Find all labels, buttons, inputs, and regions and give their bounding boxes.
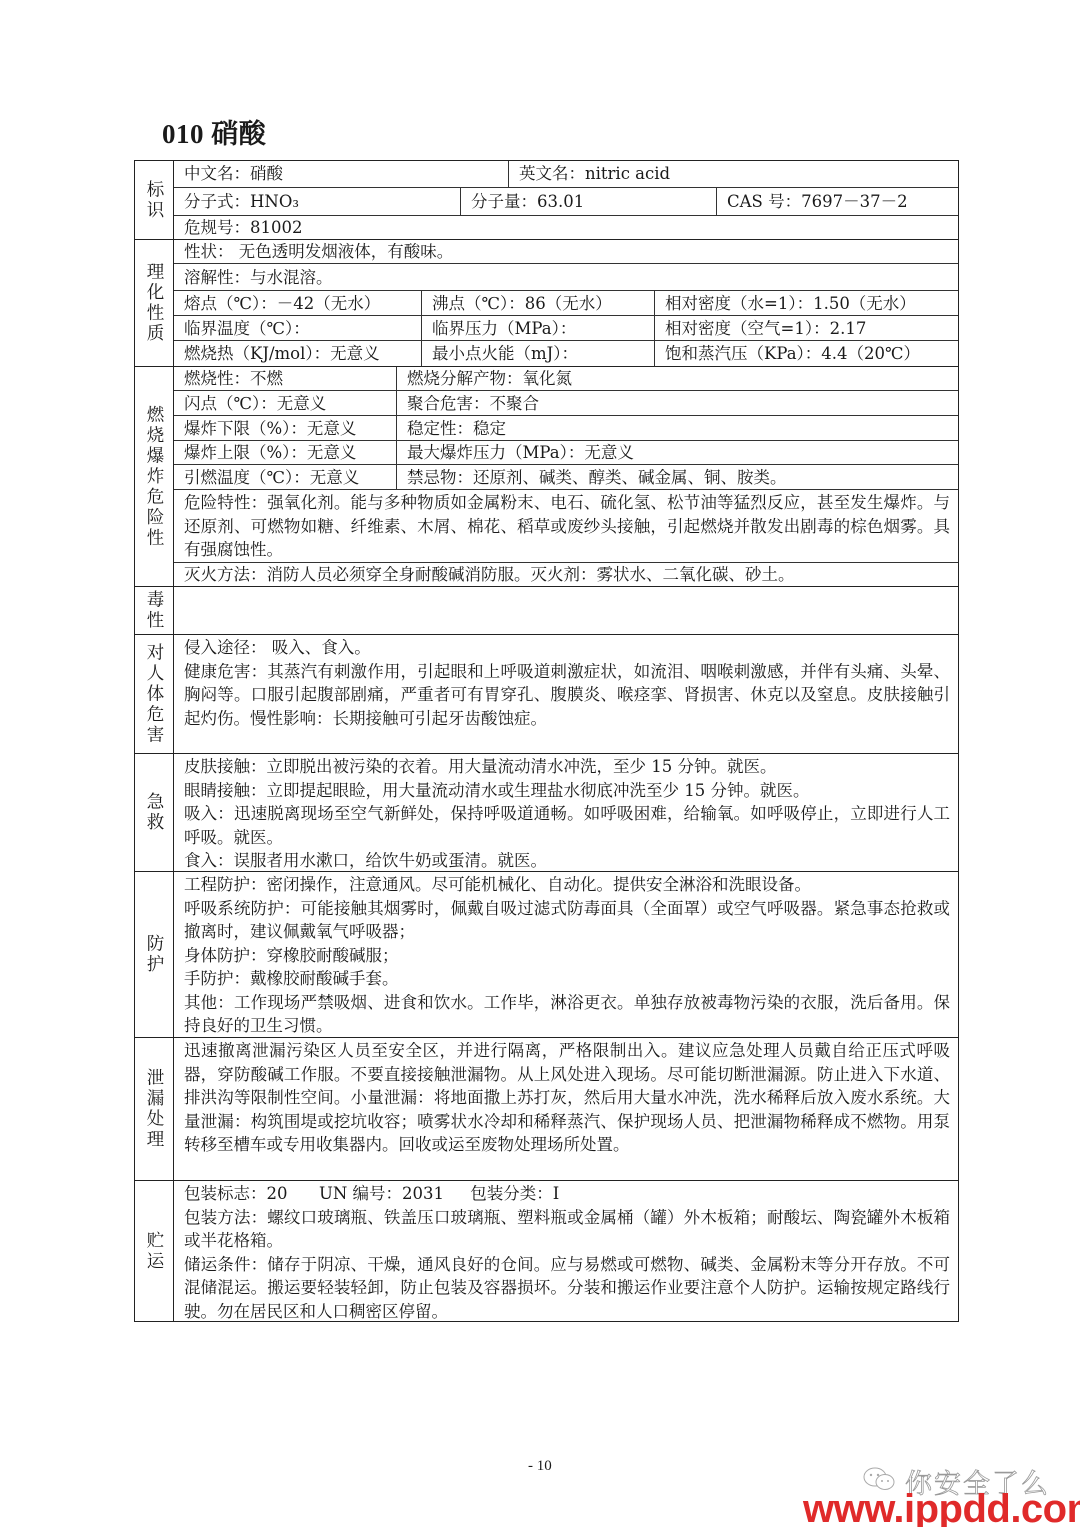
respiratory-protection: 呼吸系统防护：可能接触其烟雾时，佩戴自吸过滤式防毒面具（全面罩）或空气呼吸器。紧… bbox=[184, 897, 950, 944]
stability: 稳定性：稳定 bbox=[397, 416, 958, 441]
section-label-protection: 防护 bbox=[135, 872, 174, 1038]
eye-contact: 眼睛接触：立即提起眼睑，用大量流动清水或生理盐水彻底冲洗至少 15 分钟。就医。 bbox=[184, 779, 950, 803]
solubility: 溶解性：与水混溶。 bbox=[174, 264, 958, 291]
body-protection: 身体防护：穿橡胶耐酸碱服； bbox=[184, 944, 950, 968]
molecular-weight: 分子量：63.01 bbox=[461, 188, 717, 216]
critical-pressure: 临界压力（MPa）： bbox=[422, 316, 655, 341]
hazard-number: 危规号：81002 bbox=[174, 216, 958, 240]
section-label-fire: 燃烧爆炸危险性 bbox=[135, 367, 174, 587]
engineering-protection: 工程防护：密闭操作，注意通风。尽可能机械化、自动化。提供安全淋浴和洗眼设备。 bbox=[184, 873, 950, 897]
section-label-physchem: 理化性质 bbox=[135, 240, 174, 367]
molecular-formula: 分子式：HNO₃ bbox=[174, 188, 461, 216]
inhalation: 吸入：迅速脱离现场至空气新鲜处，保持呼吸道通畅。如呼吸困难，给输氧。如呼吸停止，… bbox=[184, 802, 950, 849]
ignition-temperature: 引燃温度（℃）：无意义 bbox=[174, 465, 397, 490]
health-hazard: 健康危害：其蒸汽有刺激作用，引起眼和上呼吸道刺激症状，如流泪、咽喉刺激感，并伴有… bbox=[184, 660, 950, 731]
section-label-leak: 泄漏处理 bbox=[135, 1038, 174, 1181]
invasion-route: 侵入途径： 吸入、食入。 bbox=[184, 636, 950, 660]
boiling-point: 沸点（℃）：86（无水） bbox=[422, 291, 655, 316]
cas-number: CAS 号：7697－37－2 bbox=[717, 188, 958, 216]
hand-protection: 手防护：戴橡胶耐酸碱手套。 bbox=[184, 967, 950, 991]
watermark-url: www.ippdd.com bbox=[803, 1487, 1080, 1527]
chinese-name: 中文名：硝酸 bbox=[174, 161, 509, 188]
melting-point: 熔点（℃）：－42（无水） bbox=[174, 291, 422, 316]
section-label-identity: 标识 bbox=[135, 161, 174, 240]
relative-density-water: 相对密度（水=1）：1.50（无水） bbox=[655, 291, 958, 316]
section-label-toxicity: 毒性 bbox=[135, 587, 174, 635]
package-info: 包装标志：20 UN 编号：2031 包装分类：Ⅰ bbox=[184, 1182, 950, 1206]
package-method: 包装方法：螺纹口玻璃瓶、铁盖压口玻璃瓶、塑料瓶或金属桶（罐）外木板箱；耐酸坛、陶… bbox=[184, 1206, 950, 1253]
extinguishing-method: 灭火方法：消防人员必须穿全身耐酸碱消防服。灭火剂：雾状水、二氧化碳、砂土。 bbox=[174, 563, 958, 587]
page-title: 010 硝酸 bbox=[162, 112, 266, 151]
heat-of-combustion: 燃烧热（KJ/mol）：无意义 bbox=[174, 341, 422, 367]
section-label-first-aid: 急救 bbox=[135, 754, 174, 872]
flash-point: 闪点（℃）：无意义 bbox=[174, 391, 397, 416]
health-content: 侵入途径： 吸入、食入。 健康危害：其蒸汽有刺激作用，引起眼和上呼吸道刺激症状，… bbox=[174, 635, 958, 754]
lower-explosive-limit: 爆炸下限（%）：无意义 bbox=[174, 416, 397, 441]
english-name: 英文名：nitric acid bbox=[509, 161, 958, 188]
section-label-health: 对人体危害 bbox=[135, 635, 174, 754]
page-number: - 10 bbox=[528, 1458, 552, 1475]
max-explosion-pressure: 最大爆炸压力（MPa）：无意义 bbox=[397, 441, 958, 465]
ingestion: 食入：误服者用水漱口，给饮牛奶或蛋清。就医。 bbox=[184, 849, 950, 872]
first-aid-content: 皮肤接触：立即脱出被污染的衣着。用大量流动清水冲洗，至少 15 分钟。就医。 眼… bbox=[174, 754, 958, 872]
leak-handling-content: 迅速撤离泄漏污染区人员至安全区，并进行隔离，严格限制出入。建议应急处理人员戴自给… bbox=[174, 1038, 958, 1181]
section-label-storage: 贮运 bbox=[135, 1181, 174, 1321]
upper-explosive-limit: 爆炸上限（%）：无意义 bbox=[174, 441, 397, 465]
flammability: 燃烧性：不燃 bbox=[174, 367, 397, 391]
protection-content: 工程防护：密闭操作，注意通风。尽可能机械化、自动化。提供安全淋浴和洗眼设备。 呼… bbox=[174, 872, 958, 1038]
polymerization-hazard: 聚合危害：不聚合 bbox=[397, 391, 958, 416]
hazard-characteristics: 危险特性：强氧化剂。能与多种物质如金属粉末、电石、硫化氢、松节油等猛烈反应，甚至… bbox=[174, 490, 958, 563]
other-protection: 其他：工作现场严禁吸烟、进食和饮水。工作毕，淋浴更衣。单独存放被毒物污染的衣服，… bbox=[184, 991, 950, 1038]
toxicity-content bbox=[174, 587, 958, 635]
skin-contact: 皮肤接触：立即脱出被污染的衣着。用大量流动清水冲洗，至少 15 分钟。就医。 bbox=[184, 755, 950, 779]
saturated-vapor-pressure: 饱和蒸汽压（KPa）：4.4（20℃） bbox=[655, 341, 958, 367]
combustion-products: 燃烧分解产物：氧化氮 bbox=[397, 367, 958, 391]
storage-content: 包装标志：20 UN 编号：2031 包装分类：Ⅰ 包装方法：螺纹口玻璃瓶、铁盖… bbox=[174, 1181, 958, 1321]
msds-table: 标识 中文名：硝酸 英文名：nitric acid 分子式：HNO₃ 分子量：6… bbox=[134, 160, 959, 1322]
storage-conditions: 储运条件：储存于阴凉、干燥，通风良好的仓间。应与易燃或可燃物、碱类、金属粉末等分… bbox=[184, 1253, 950, 1322]
critical-temperature: 临界温度（℃）： bbox=[174, 316, 422, 341]
incompatible-materials: 禁忌物：还原剂、碱类、醇类、碱金属、铜、胺类。 bbox=[397, 465, 958, 490]
relative-density-air: 相对密度（空气=1）：2.17 bbox=[655, 316, 958, 341]
appearance: 性状： 无色透明发烟液体，有酸味。 bbox=[174, 240, 958, 264]
min-ignition-energy: 最小点火能（mJ）： bbox=[422, 341, 655, 367]
